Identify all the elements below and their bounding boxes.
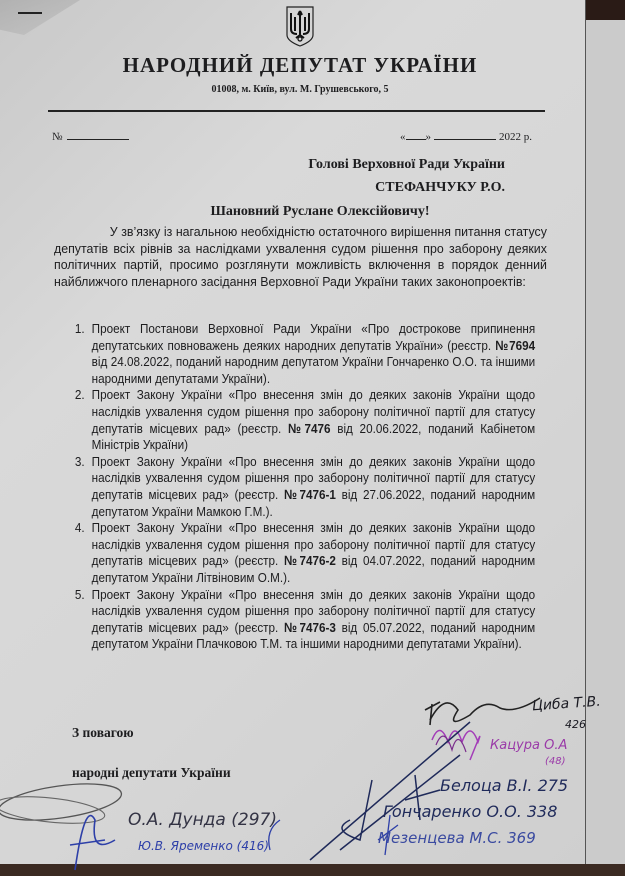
background-surface xyxy=(586,0,625,20)
bill-description: Проект Постанови Верховної Ради України … xyxy=(92,321,536,353)
list-number: 3. xyxy=(60,454,92,520)
document-number-field: № xyxy=(52,131,129,143)
number-label: № xyxy=(52,131,63,143)
bill-text: Проект Закону України «Про внесення змін… xyxy=(92,520,536,586)
bill-details: від 24.08.2022, поданий народним депутат… xyxy=(92,354,536,386)
list-number: 5. xyxy=(60,587,92,653)
bill-text: Проект Закону України «Про внесення змін… xyxy=(92,454,536,520)
list-item: 2. Проект Закону України «Про внесення з… xyxy=(60,387,535,453)
bills-list: 1. Проект Постанови Верховної Ради Украї… xyxy=(60,321,535,653)
closing-regards: З повагою xyxy=(72,725,134,741)
list-number: 1. xyxy=(60,321,92,387)
list-item: 4. Проект Закону України «Про внесення з… xyxy=(60,520,535,586)
letter-page: НАРОДНИЙ ДЕПУТАТ УКРАЇНИ 01008, м. Київ,… xyxy=(0,0,585,864)
day-blank xyxy=(406,139,426,140)
signature-katsura-number: (48) xyxy=(545,756,566,767)
staple-mark xyxy=(18,12,42,14)
list-item: 3. Проект Закону України «Про внесення з… xyxy=(60,454,535,520)
month-blank xyxy=(434,139,496,140)
document-date-field: «»2022 р. xyxy=(400,131,532,143)
list-number: 4. xyxy=(60,520,92,586)
list-item: 5. Проект Закону України «Про внесення з… xyxy=(60,587,535,653)
bill-text: Проект Закону України «Про внесення змін… xyxy=(92,587,536,653)
bill-registration-number: №7476 xyxy=(288,421,331,436)
closing-signatories: народні депутати України xyxy=(72,765,231,781)
list-number: 2. xyxy=(60,387,92,453)
recipient-position: Голові Верховної Ради України xyxy=(308,157,505,173)
letterhead-title: НАРОДНИЙ ДЕПУТАТ УКРАЇНИ xyxy=(0,53,600,78)
adjacent-page xyxy=(586,20,625,876)
signature-dunda: О.А. Дунда (297) xyxy=(128,810,277,830)
trident-coat-of-arms-icon xyxy=(285,5,315,47)
date-quote-close: » xyxy=(426,131,432,143)
signature-katsura: Кацура О.А xyxy=(490,738,567,753)
date-year: 2022 р. xyxy=(499,131,532,143)
signature-mezentseva: Мезенцева М.С. 369 xyxy=(378,829,536,847)
bill-text: Проект Постанови Верховної Ради України … xyxy=(92,321,536,387)
date-quote-open: « xyxy=(400,131,406,143)
table-surface xyxy=(0,864,625,876)
list-item: 1. Проект Постанови Верховної Ради Украї… xyxy=(60,321,535,387)
bill-registration-number: №7476-2 xyxy=(284,553,336,568)
folded-corner xyxy=(0,0,80,35)
letterhead-address: 01008, м. Київ, вул. М. Грушевського, 5 xyxy=(0,84,600,95)
letter-body-text: У зв’язку із нагальною необхідністю оста… xyxy=(54,224,547,289)
bill-text: Проект Закону України «Про внесення змін… xyxy=(92,387,536,453)
salutation: Шановний Руслане Олексійовичу! xyxy=(0,204,625,220)
signature-yaremenko: Ю.В. Яременко (416) xyxy=(138,839,269,853)
signature-honcharenko: Гончаренко О.О. 338 xyxy=(383,802,557,821)
signature-belotsa: Белоца В.І. 275 xyxy=(440,776,568,795)
bill-registration-number: №7476-3 xyxy=(284,620,336,635)
signature-tsyba-number: 426 xyxy=(565,718,586,731)
bill-registration-number: №7694 xyxy=(495,338,535,353)
number-blank xyxy=(67,139,129,140)
letter-body: У зв’язку із нагальною необхідністю оста… xyxy=(54,224,547,290)
bill-registration-number: №7476-1 xyxy=(284,487,336,502)
header-divider xyxy=(48,110,545,112)
recipient-name: СТЕФАНЧУКУ Р.О. xyxy=(375,180,505,196)
